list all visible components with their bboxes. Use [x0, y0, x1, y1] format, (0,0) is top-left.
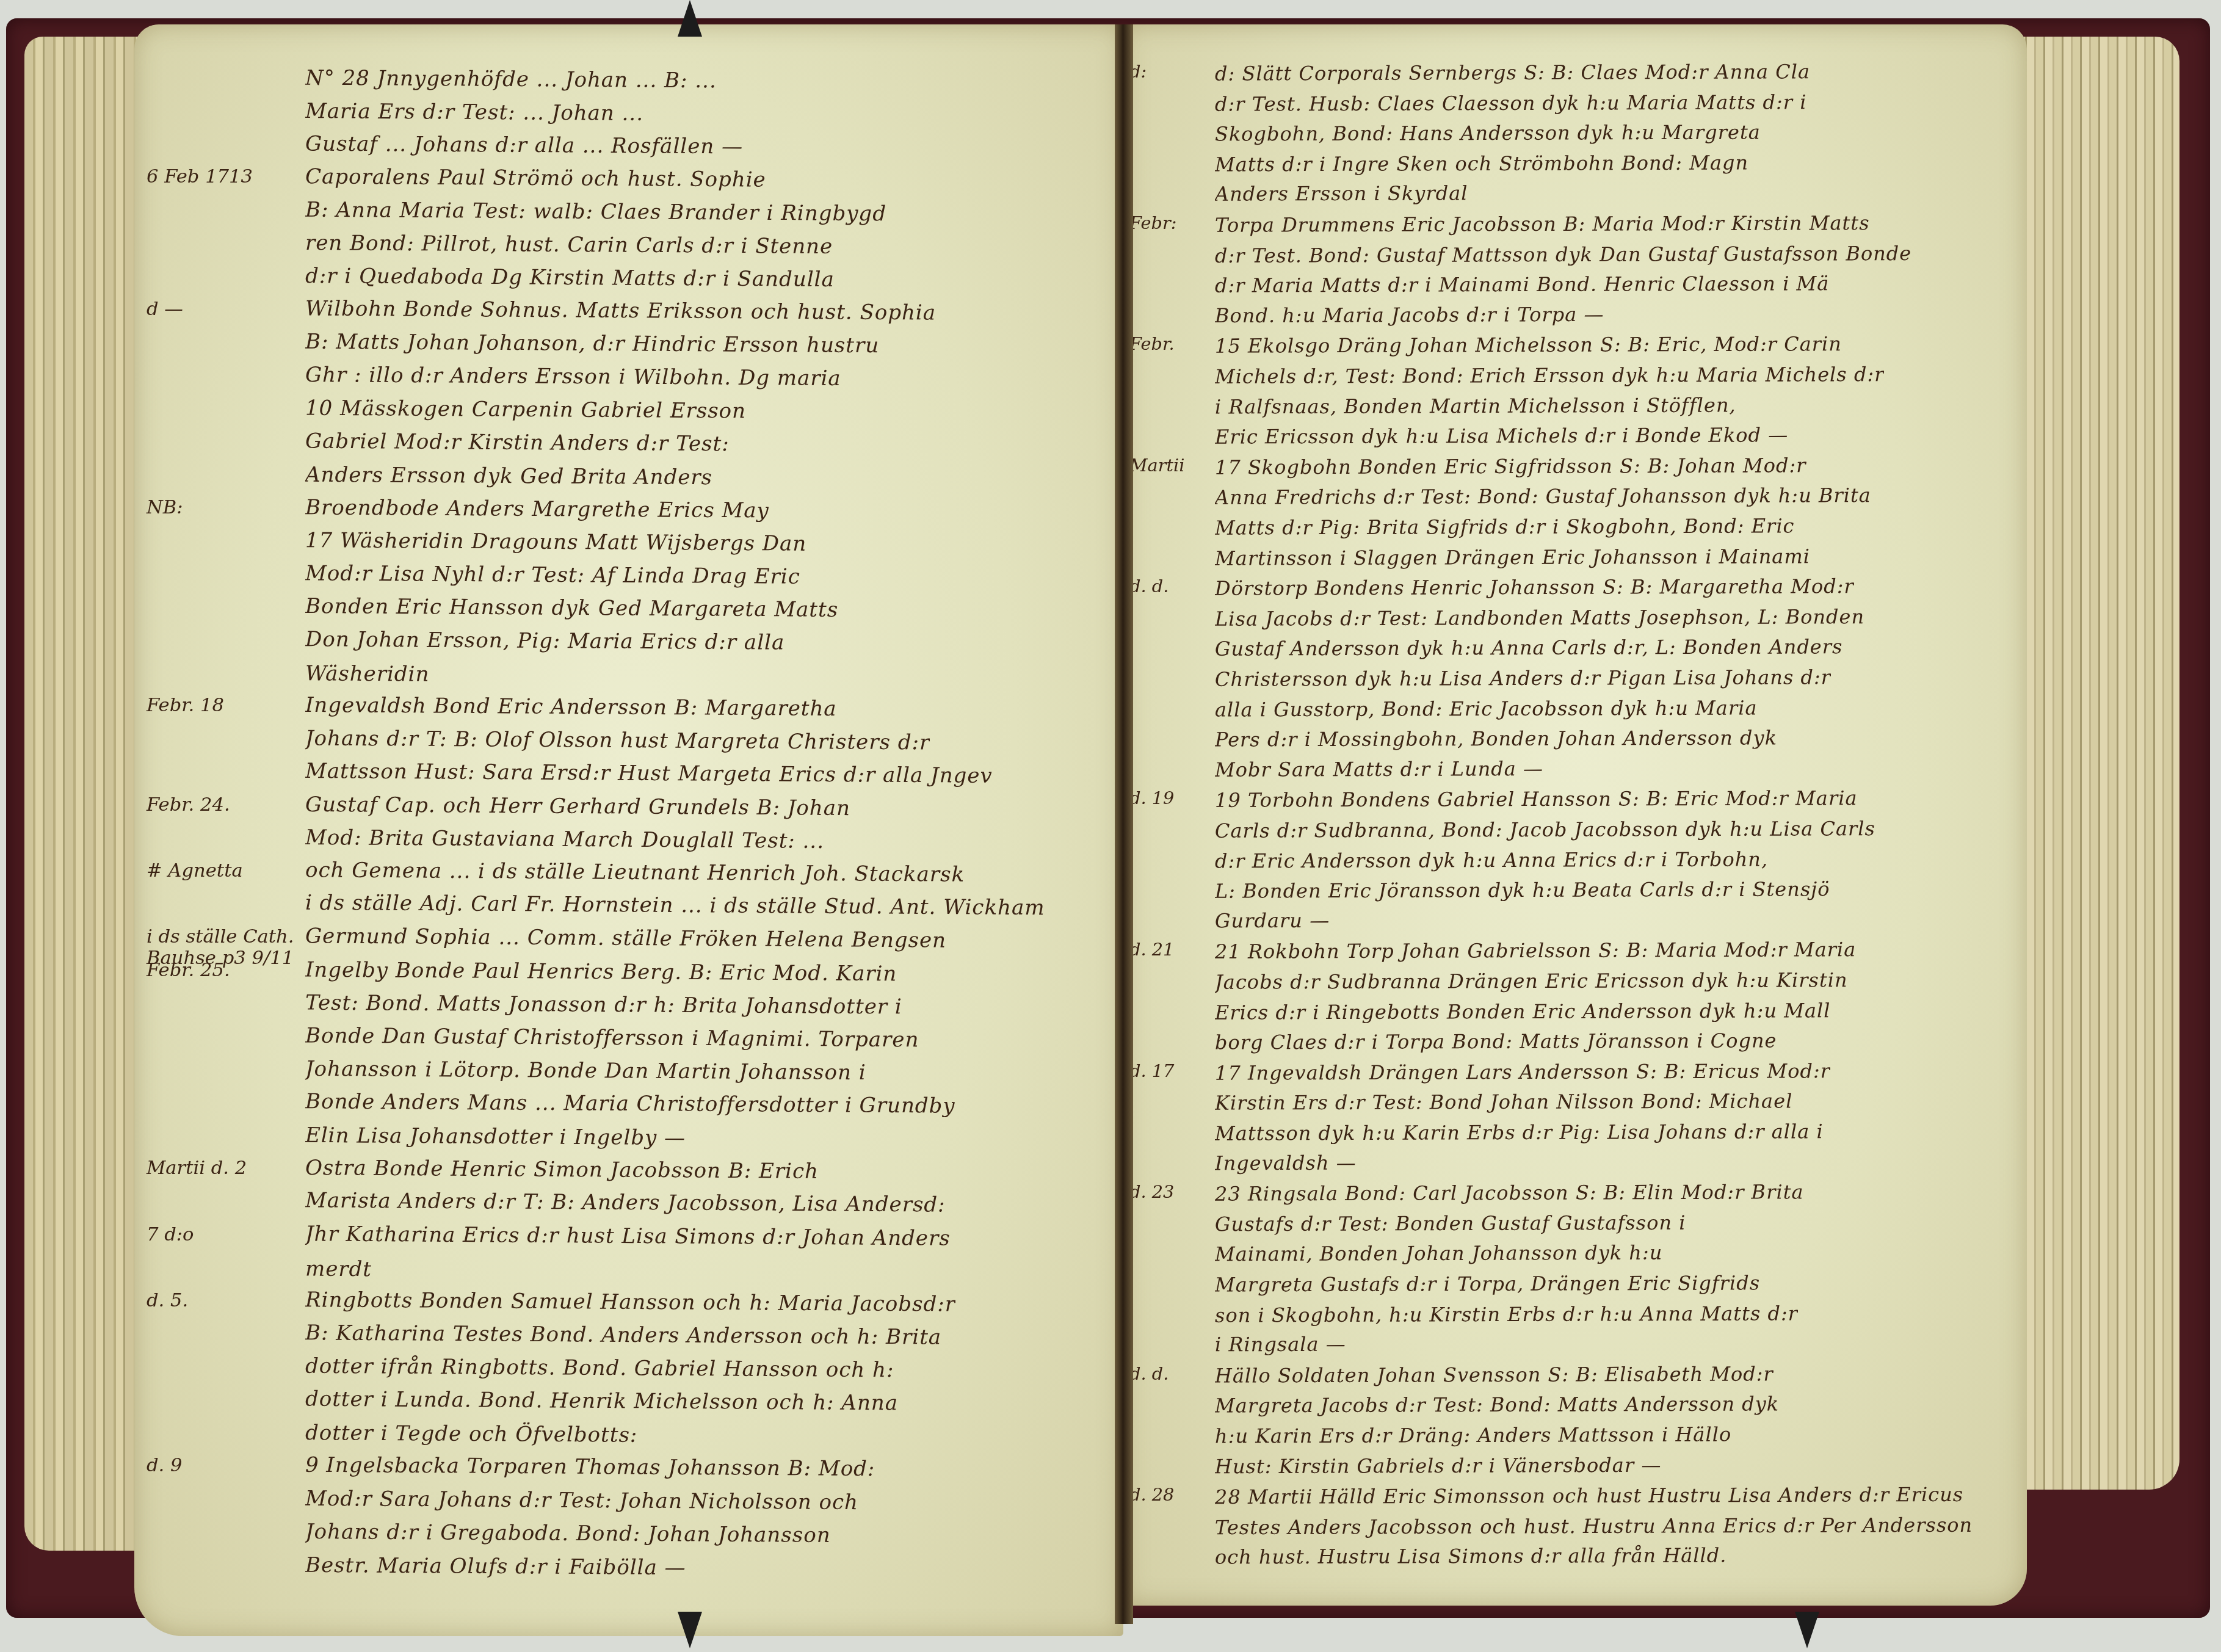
handwritten-line: 17 Skogbohn Bonden Eric Sigfridsson S: B… [1215, 454, 1806, 479]
page-edges-right [2009, 37, 2179, 1490]
handwritten-line: Matts d:r i Ingre Sken och Strömbohn Bon… [1215, 151, 1748, 176]
handwritten-line: d:r Maria Matts d:r i Mainami Bond. Henr… [1215, 272, 1829, 297]
handwritten-line: 10 Mässkogen Carpenin Gabriel Ersson [305, 396, 746, 424]
book-gutter [1115, 24, 1133, 1624]
handwritten-line: Hällo Soldaten Johan Svensson S: B: Elis… [1215, 1362, 1774, 1387]
handwritten-line: Jhr Katharina Erics d:r hust Lisa Simons… [305, 1222, 951, 1250]
margin-date-note: d. 21 [1129, 939, 1209, 960]
margin-date-note: d. 9 [147, 1455, 299, 1476]
handwritten-line: Mod:r Sara Johans d:r Test: Johan Nichol… [305, 1486, 858, 1514]
handwritten-line: i Ralfsnaas, Bonden Martin Michelsson i … [1215, 393, 1736, 418]
handwritten-line: Gustaf Cap. och Herr Gerhard Grundels B:… [305, 792, 850, 821]
margin-date-note: Febr: [1129, 212, 1209, 233]
handwritten-line: Bonden Eric Hansson dyk Ged Margareta Ma… [305, 594, 838, 622]
handwritten-line: B: Katharina Testes Bond. Anders Anderss… [305, 1321, 941, 1349]
margin-date-note: # Agnetta [147, 860, 299, 882]
handwritten-line: Don Johan Ersson, Pig: Maria Erics d:r a… [305, 627, 785, 654]
handwritten-line: Matts d:r Pig: Brita Sigfrids d:r i Skog… [1215, 514, 1795, 539]
handwritten-line: Maria Ers d:r Test: ... Johan ... [305, 99, 643, 126]
handwritten-line: Ringbotts Bonden Samuel Hansson och h: M… [305, 1288, 955, 1316]
handwritten-line: Anna Fredrichs d:r Test: Bond: Gustaf Jo… [1215, 484, 1871, 510]
handwritten-line: Bonde Anders Mans ... Maria Christoffers… [305, 1089, 955, 1118]
handwritten-line: dotter ifrån Ringbotts. Bond. Gabriel Ha… [305, 1354, 894, 1383]
margin-date-note: d — [147, 299, 299, 320]
handwritten-line: Anders Ersson dyk Ged Brita Anders [305, 462, 712, 490]
handwritten-line: son i Skogbohn, h:u Kirstin Erbs d:r h:u… [1215, 1302, 1798, 1327]
handwritten-line: Jacobs d:r Sudbranna Drängen Eric Ericss… [1215, 968, 1848, 994]
handwritten-line: i Ringsala — [1215, 1333, 1346, 1357]
handwritten-line: Ingevaldsh — [1215, 1151, 1357, 1175]
handwritten-line: Ingelby Bonde Paul Henrics Berg. B: Eric… [305, 957, 897, 986]
handwritten-line: d:r Eric Andersson dyk h:u Anna Erics d:… [1215, 847, 1768, 872]
handwritten-line: Dörstorp Bondens Henric Johansson S: B: … [1215, 574, 1854, 600]
margin-date-note: d: [1129, 61, 1209, 82]
handwritten-line: Testes Anders Jacobsson och hust. Hustru… [1215, 1513, 1973, 1539]
handwritten-line: Wilbohn Bonde Sohnus. Matts Eriksson och… [305, 296, 936, 325]
margin-date-note: d. 5. [147, 1290, 299, 1311]
handwritten-line: Germund Sophia ... Comm. ställe Fröken H… [305, 924, 946, 953]
handwritten-line: dotter i Lunda. Bond. Henrik Michelsson … [305, 1387, 898, 1416]
handwritten-line: d:r Test. Bond: Gustaf Mattsson dyk Dan … [1215, 242, 1911, 267]
handwritten-line: Ostra Bonde Henric Simon Jacobsson B: Er… [305, 1156, 819, 1184]
margin-date-note: d. 23 [1129, 1181, 1209, 1202]
handwritten-line: Bonde Dan Gustaf Christoffersson i Magni… [305, 1023, 919, 1052]
margin-date-note: Febr. [1129, 333, 1209, 354]
margin-date-note: NB: [147, 497, 299, 518]
margin-date-note: Febr. 18 [147, 695, 299, 716]
handwritten-line: Mattsson Hust: Sara Ersd:r Hust Margeta … [305, 759, 993, 788]
handwritten-line: N° 28 Jnnygenhöfde ... Johan ... B: ... [305, 66, 717, 93]
handwritten-line: d:r Test. Husb: Claes Claesson dyk h:u M… [1215, 90, 1807, 115]
handwritten-line: 17 Wäsheridin Dragouns Matt Wijsbergs Da… [305, 528, 807, 556]
page-clip-bottom-right [1795, 1612, 1819, 1648]
handwritten-line: Eric Ericsson dyk h:u Lisa Michels d:r i… [1215, 424, 1788, 449]
handwritten-line: Broendbode Anders Margrethe Erics May [305, 495, 769, 523]
handwritten-line: Gurdaru — [1215, 908, 1330, 932]
handwritten-line: Mod:r Lisa Nyhl d:r Test: Af Linda Drag … [305, 561, 800, 589]
handwritten-line: Gustaf Andersson dyk h:u Anna Carls d:r,… [1215, 636, 1843, 661]
handwritten-line: Bond. h:u Maria Jacobs d:r i Torpa — [1215, 303, 1604, 327]
handwritten-line: ren Bond: Pillrot, hust. Carin Carls d:r… [305, 231, 833, 259]
handwritten-line: Mod: Brita Gustaviana March Douglall Tes… [305, 825, 824, 853]
handwritten-line: merdt [305, 1256, 372, 1281]
handwritten-line: och hust. Hustru Lisa Simons d:r alla fr… [1215, 1544, 1727, 1569]
handwritten-line: d:r i Quedaboda Dg Kirstin Matts d:r i S… [305, 264, 835, 292]
handwritten-line: Michels d:r, Test: Bond: Erich Ersson dy… [1215, 363, 1885, 388]
handwritten-line: Mattsson dyk h:u Karin Erbs d:r Pig: Lis… [1215, 1120, 1824, 1145]
handwritten-line: Gabriel Mod:r Kirstin Anders d:r Test: [305, 429, 730, 457]
handwritten-line: 28 Martii Hälld Eric Simonsson och hust … [1215, 1483, 1963, 1509]
handwritten-line: B: Anna Maria Test: walb: Claes Brander … [305, 197, 886, 226]
handwritten-line: 17 Ingevaldsh Drängen Lars Andersson S: … [1215, 1059, 1830, 1085]
handwritten-line: Wäsheridin [305, 662, 430, 687]
handwritten-line: Martinsson i Slaggen Drängen Eric Johans… [1215, 545, 1810, 570]
margin-date-note: 6 Feb 1713 [147, 166, 299, 187]
margin-date-note: d. 28 [1129, 1484, 1209, 1505]
handwritten-line: L: Bonden Eric Jöransson dyk h:u Beata C… [1215, 877, 1830, 903]
handwritten-line: Anders Ersson i Skyrdal [1215, 182, 1468, 206]
handwritten-line: Hust: Kirstin Gabriels d:r i Vänersbodar… [1215, 1453, 1661, 1478]
handwritten-line: 15 Ekolsgo Dräng Johan Michelsson S: B: … [1215, 333, 1842, 358]
handwritten-line: Gustafs d:r Test: Bonden Gustaf Gustafss… [1215, 1211, 1686, 1236]
handwritten-line: borg Claes d:r i Torpa Bond: Matts Jöran… [1215, 1029, 1777, 1054]
margin-date-note: d. 17 [1129, 1060, 1209, 1081]
handwritten-line: Test: Bond. Matts Jonasson d:r h: Brita … [305, 990, 902, 1019]
handwritten-line: h:u Karin Ers d:r Dräng: Anders Mattsson… [1215, 1423, 1731, 1448]
handwritten-line: Carls d:r Sudbranna, Bond: Jacob Jacobss… [1215, 817, 1875, 842]
margin-date-note: Febr. 24. [147, 794, 299, 816]
handwritten-line: i ds ställe Adj. Carl Fr. Hornstein ... … [305, 891, 1045, 920]
handwritten-line: Johans d:r T: B: Olof Olsson hust Margre… [305, 726, 930, 755]
right-page: d: Slätt Corporals Sernbergs S: B: Claes… [1123, 24, 2027, 1606]
handwritten-line: 9 Ingelsbacka Torparen Thomas Johansson … [305, 1453, 875, 1482]
handwritten-line: d: Slätt Corporals Sernbergs S: B: Claes… [1215, 60, 1810, 85]
handwritten-line: Erics d:r i Ringebotts Bonden Eric Ander… [1215, 999, 1831, 1024]
margin-date-note: Febr. 25. [147, 960, 299, 981]
handwritten-line: Skogbohn, Bond: Hans Andersson dyk h:u M… [1215, 121, 1761, 146]
handwritten-line: Margreta Jacobs d:r Test: Bond: Matts An… [1215, 1393, 1779, 1418]
margin-date-note: d. d. [1129, 1363, 1209, 1384]
handwritten-line: Gustaf ... Johans d:r alla ... Rosfällen… [305, 132, 743, 159]
margin-date-note: d. 19 [1129, 788, 1209, 808]
handwritten-line: Torpa Drummens Eric Jacobsson B: Maria M… [1215, 211, 1870, 237]
handwritten-line: Mobr Sara Matts d:r i Lunda — [1215, 757, 1543, 781]
handwritten-line: 19 Torbohn Bondens Gabriel Hansson S: B:… [1215, 787, 1858, 813]
handwritten-line: alla i Gusstorp, Bond: Eric Jacobsson dy… [1215, 696, 1758, 721]
handwritten-line: Christersson dyk h:u Lisa Anders d:r Pig… [1215, 665, 1831, 691]
margin-date-note: d. d. [1129, 576, 1209, 596]
left-page: N° 28 Jnnygenhöfde ... Johan ... B: ...M… [134, 24, 1123, 1636]
handwritten-line: Marista Anders d:r T: B: Anders Jacobsso… [305, 1189, 946, 1217]
margin-date-note: Martii [1129, 455, 1209, 476]
handwritten-line: Bestr. Maria Olufs d:r i Faibölla — [305, 1553, 686, 1580]
margin-date-note: Martii d. 2 [147, 1157, 299, 1179]
handwritten-line: B: Matts Johan Johanson, d:r Hindric Ers… [305, 330, 879, 358]
handwritten-line: Margreta Gustafs d:r i Torpa, Drängen Er… [1215, 1271, 1760, 1296]
margin-date-note: 7 d:o [147, 1224, 299, 1245]
handwritten-line: Johans d:r i Gregaboda. Bond: Johan Joha… [305, 1520, 831, 1548]
handwritten-line: Pers d:r i Mossingbohn, Bonden Johan And… [1215, 726, 1777, 752]
handwritten-line: Kirstin Ers d:r Test: Bond Johan Nilsson… [1215, 1090, 1792, 1115]
handwritten-line: Ingevaldsh Bond Eric Andersson B: Margar… [305, 693, 837, 721]
handwritten-line: Elin Lisa Johansdotter i Ingelby — [305, 1123, 686, 1150]
handwritten-line: Mainami, Bonden Johan Johansson dyk h:u [1215, 1241, 1662, 1266]
handwritten-line: Johansson i Lötorp. Bonde Dan Martin Joh… [305, 1057, 866, 1085]
handwritten-line: 21 Rokbohn Torp Johan Gabrielsson S: B: … [1215, 938, 1856, 964]
handwritten-line: 23 Ringsala Bond: Carl Jacobsson S: B: E… [1215, 1181, 1804, 1206]
handwritten-line: Lisa Jacobs d:r Test: Landbonden Matts J… [1215, 605, 1864, 631]
handwritten-line: Ghr : illo d:r Anders Ersson i Wilbohn. … [305, 363, 841, 391]
handwritten-line: dotter i Tegde och Öfvelbotts: [305, 1421, 638, 1447]
handwritten-line: och Gemena ... i ds ställe Lieutnant Hen… [305, 858, 965, 887]
handwritten-line: Caporalens Paul Strömö och hust. Sophie [305, 165, 766, 192]
